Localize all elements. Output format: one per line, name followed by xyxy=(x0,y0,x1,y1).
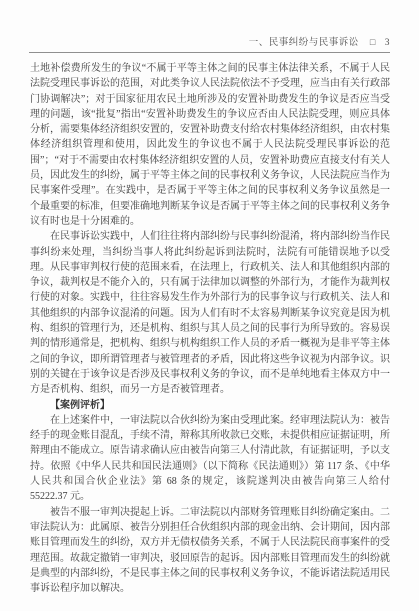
section-heading-case-analysis: 【案例评析】 xyxy=(30,398,390,413)
paragraph-internal-vs-civil-disputes: 在民事诉讼实践中，人们往往将内部纠纷与民事纠纷混淆，将内部纠纷当作民事纠纷来处理… xyxy=(30,229,390,397)
header-square-icon: □ xyxy=(370,36,376,48)
header-rule xyxy=(29,52,390,53)
running-header-title: 一、民事纠纷与民事诉讼 xyxy=(249,38,359,48)
book-page: 一、民事纠纷与民事诉讼□3 土地补偿费所发生的争议“不属于平等主体之间的民事主体… xyxy=(0,0,419,611)
paragraph-first-instance-judgment: 在上述案件中，一审法院以合伙纠纷为案由受理此案。经审理法院认为：被告经手的现金账… xyxy=(30,413,390,505)
paragraph-second-instance-judgment: 被告不服一审判决提起上诉。二审法院以内部财务管理账目纠纷确定案由。二审法院认为：… xyxy=(30,505,390,597)
page-number: 3 xyxy=(385,37,390,49)
running-header: 一、民事纠纷与民事诉讼□3 xyxy=(29,36,390,49)
paragraph-land-compensation: 土地补偿费所发生的争议“不属于平等主体之间的民事主体法律关系，不属于人民法院受理… xyxy=(30,61,390,229)
page-body: 土地补偿费所发生的争议“不属于平等主体之间的民事主体法律关系，不属于人民法院受理… xyxy=(30,61,390,596)
